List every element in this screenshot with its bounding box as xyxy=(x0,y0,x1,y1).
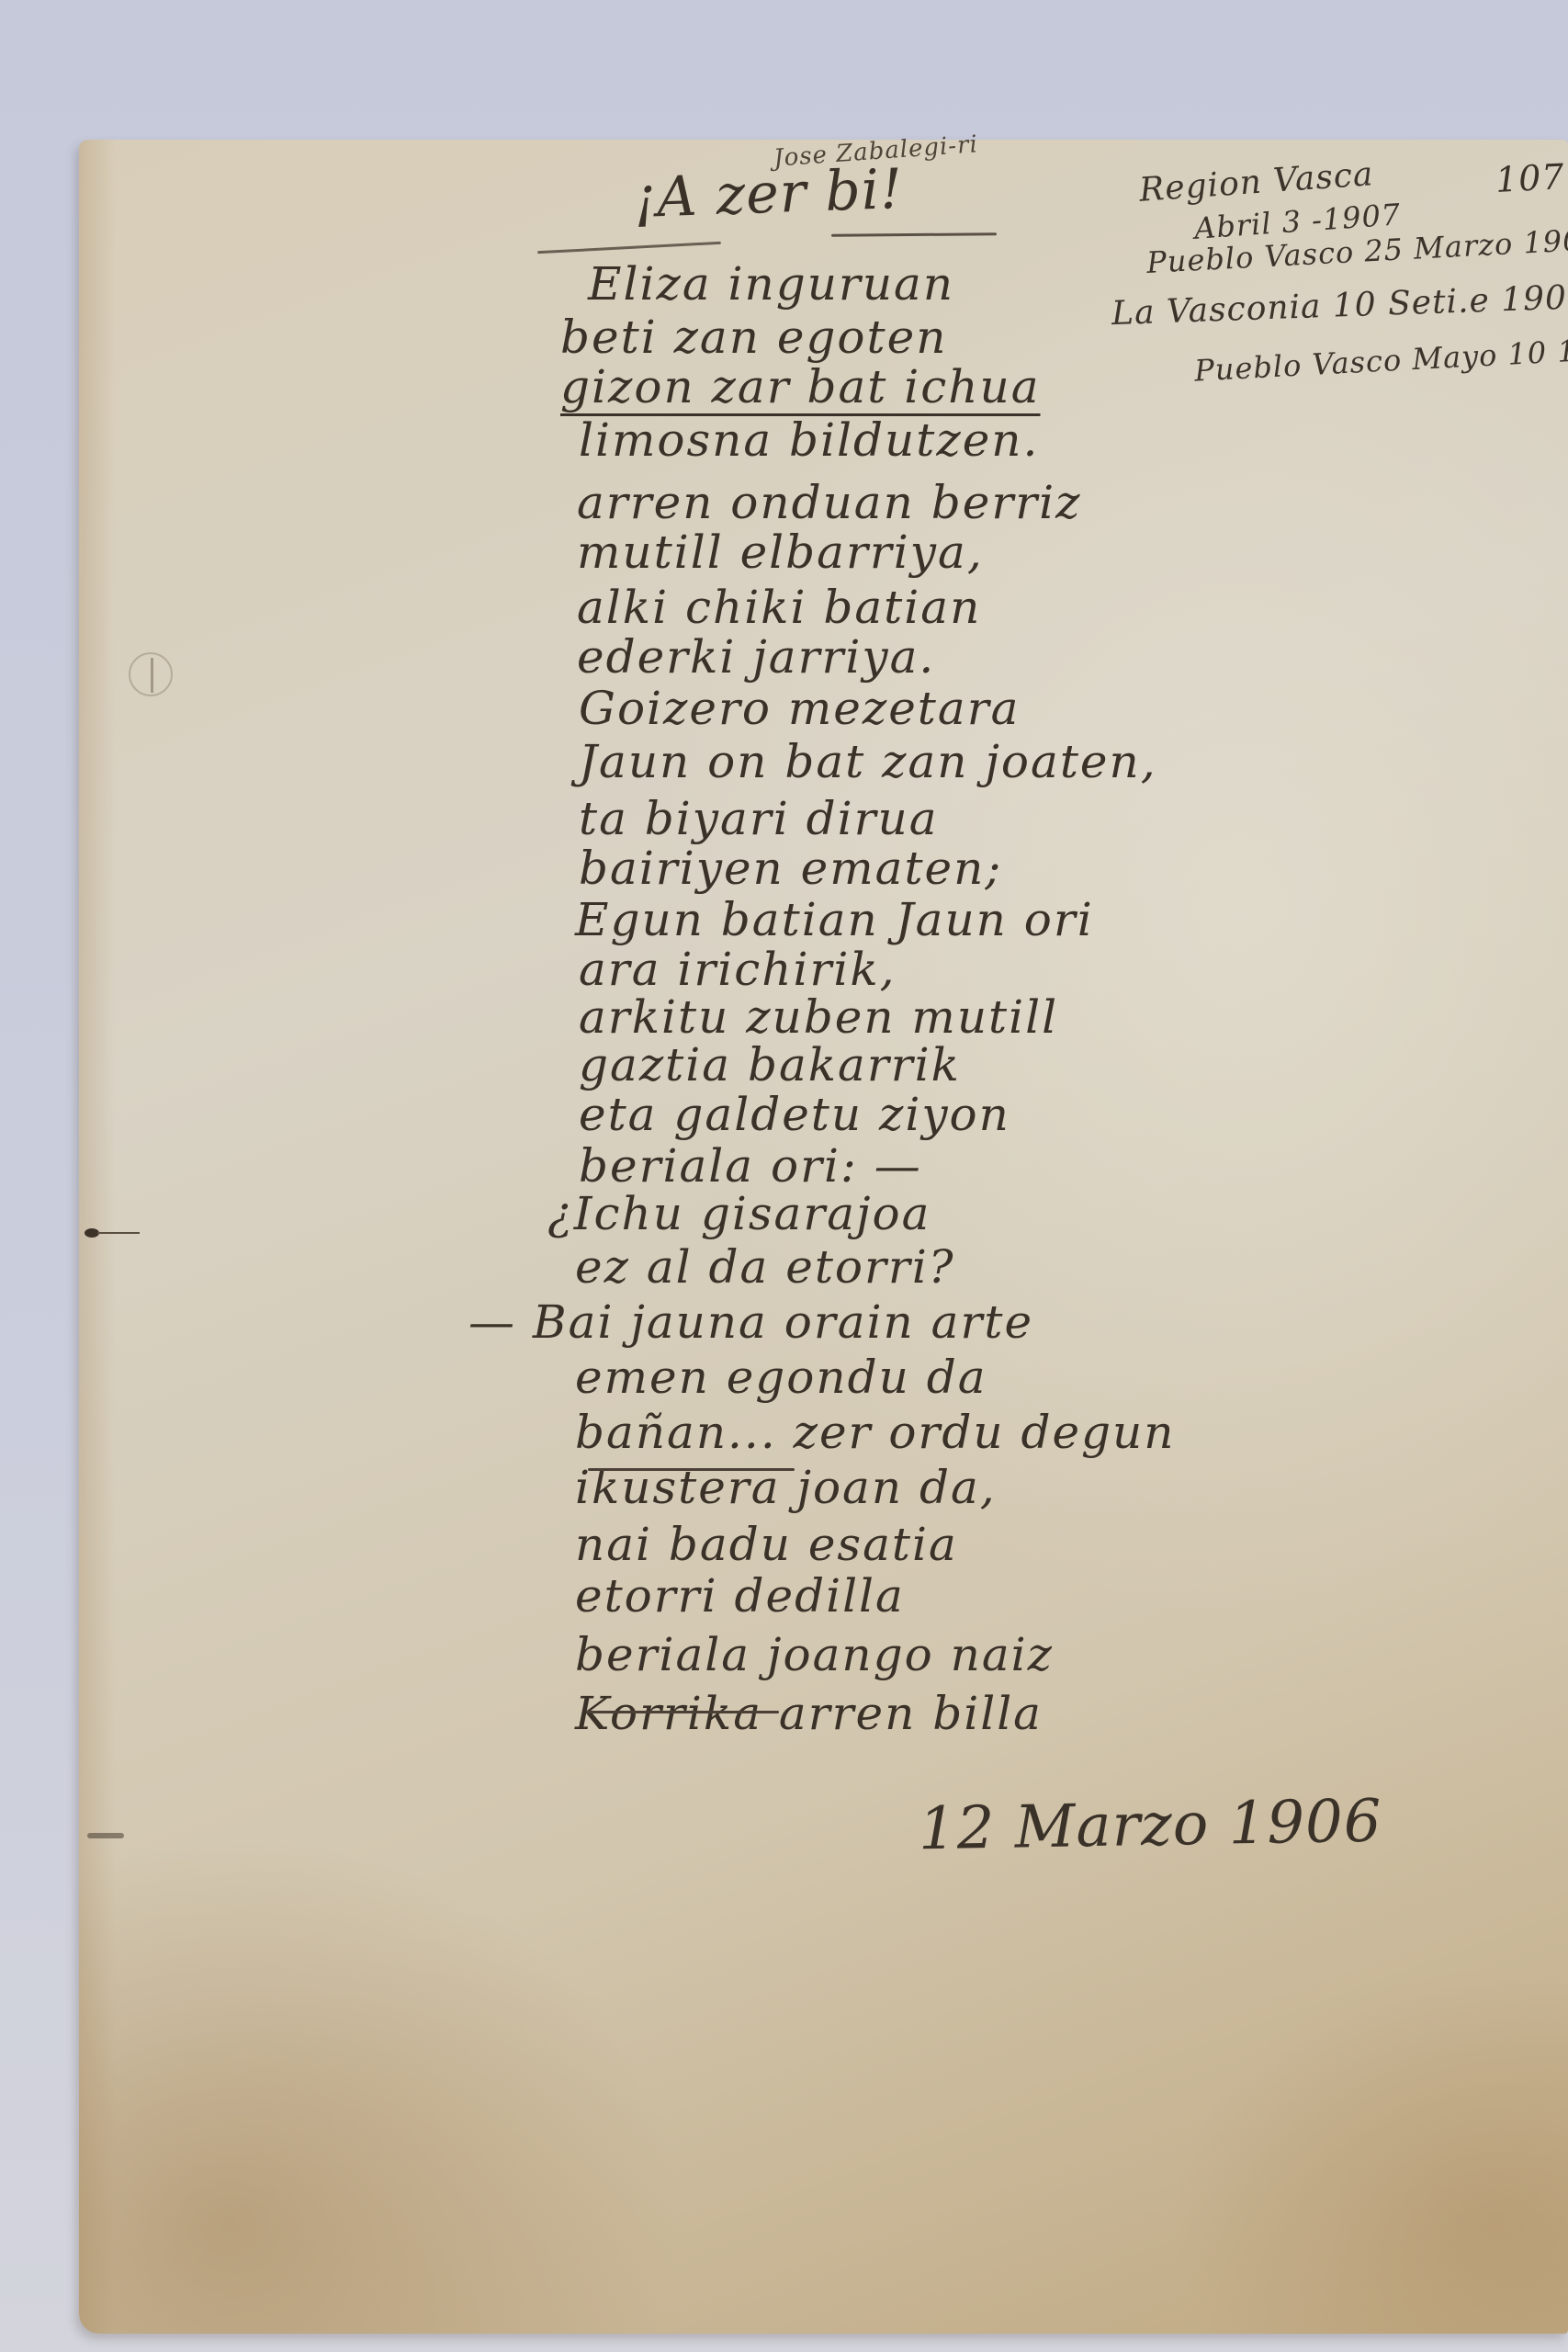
poem-line: arren onduan berriz xyxy=(577,476,1081,529)
poem-line: ara irichirik, xyxy=(579,943,897,996)
poem-line: Korrika arren billa xyxy=(575,1687,1043,1740)
margin-pin-mark-icon xyxy=(85,1227,140,1239)
poem-line: — Bai jauna orain arte xyxy=(468,1295,1033,1349)
poem-line: nai badu esatia xyxy=(575,1518,958,1571)
poem-line: bañan... zer ordu degun xyxy=(575,1406,1175,1459)
page-number: 107 xyxy=(1495,156,1566,200)
poem-line: beriala joango naiz xyxy=(575,1628,1054,1681)
poem-line: ez al da etorri? xyxy=(575,1240,955,1294)
poem-line: Jaun on bat zan joaten, xyxy=(579,735,1157,788)
margin-ink-mark-icon xyxy=(87,1833,124,1838)
margin-cross-mark-icon xyxy=(129,652,173,696)
poem-line: Eliza inguruan xyxy=(588,257,954,311)
poem-line: beriala ori: — xyxy=(579,1139,922,1193)
poem-line: ederki jarriya. xyxy=(577,630,935,684)
poem-line: limosna bildutzen. xyxy=(579,413,1039,467)
poem-line: arkitu zuben mutill xyxy=(579,990,1058,1044)
poem-line: ¿Ichu gisarajoa xyxy=(547,1187,931,1240)
word-underline-korrika xyxy=(586,1711,779,1713)
poem-line: alki chiki batian xyxy=(577,581,981,634)
poem-line: mutill elbarriya, xyxy=(577,526,984,579)
poem-line: etorri dedilla xyxy=(575,1569,905,1623)
poem-line: emen egondu da xyxy=(575,1351,987,1404)
poem-line: Goizero mezetara xyxy=(579,682,1020,735)
poem-line: gaztia bakarrik xyxy=(579,1038,961,1091)
poem-line: Egun batian Jaun ori xyxy=(575,893,1094,946)
poem-line: eta galdetu ziyon xyxy=(579,1088,1010,1141)
poem-line: bairiyen ematen; xyxy=(579,842,1002,895)
word-underline-ikustera xyxy=(588,1468,795,1471)
poem-line: beti zan egoten xyxy=(560,311,947,364)
poem-title: ¡A zer bi! xyxy=(633,157,904,231)
poem-line: ta biyari dirua xyxy=(579,792,939,845)
poem-line: gizon zar bat ichua xyxy=(560,360,1041,413)
manuscript-date: 12 Marzo 1906 xyxy=(918,1788,1382,1864)
